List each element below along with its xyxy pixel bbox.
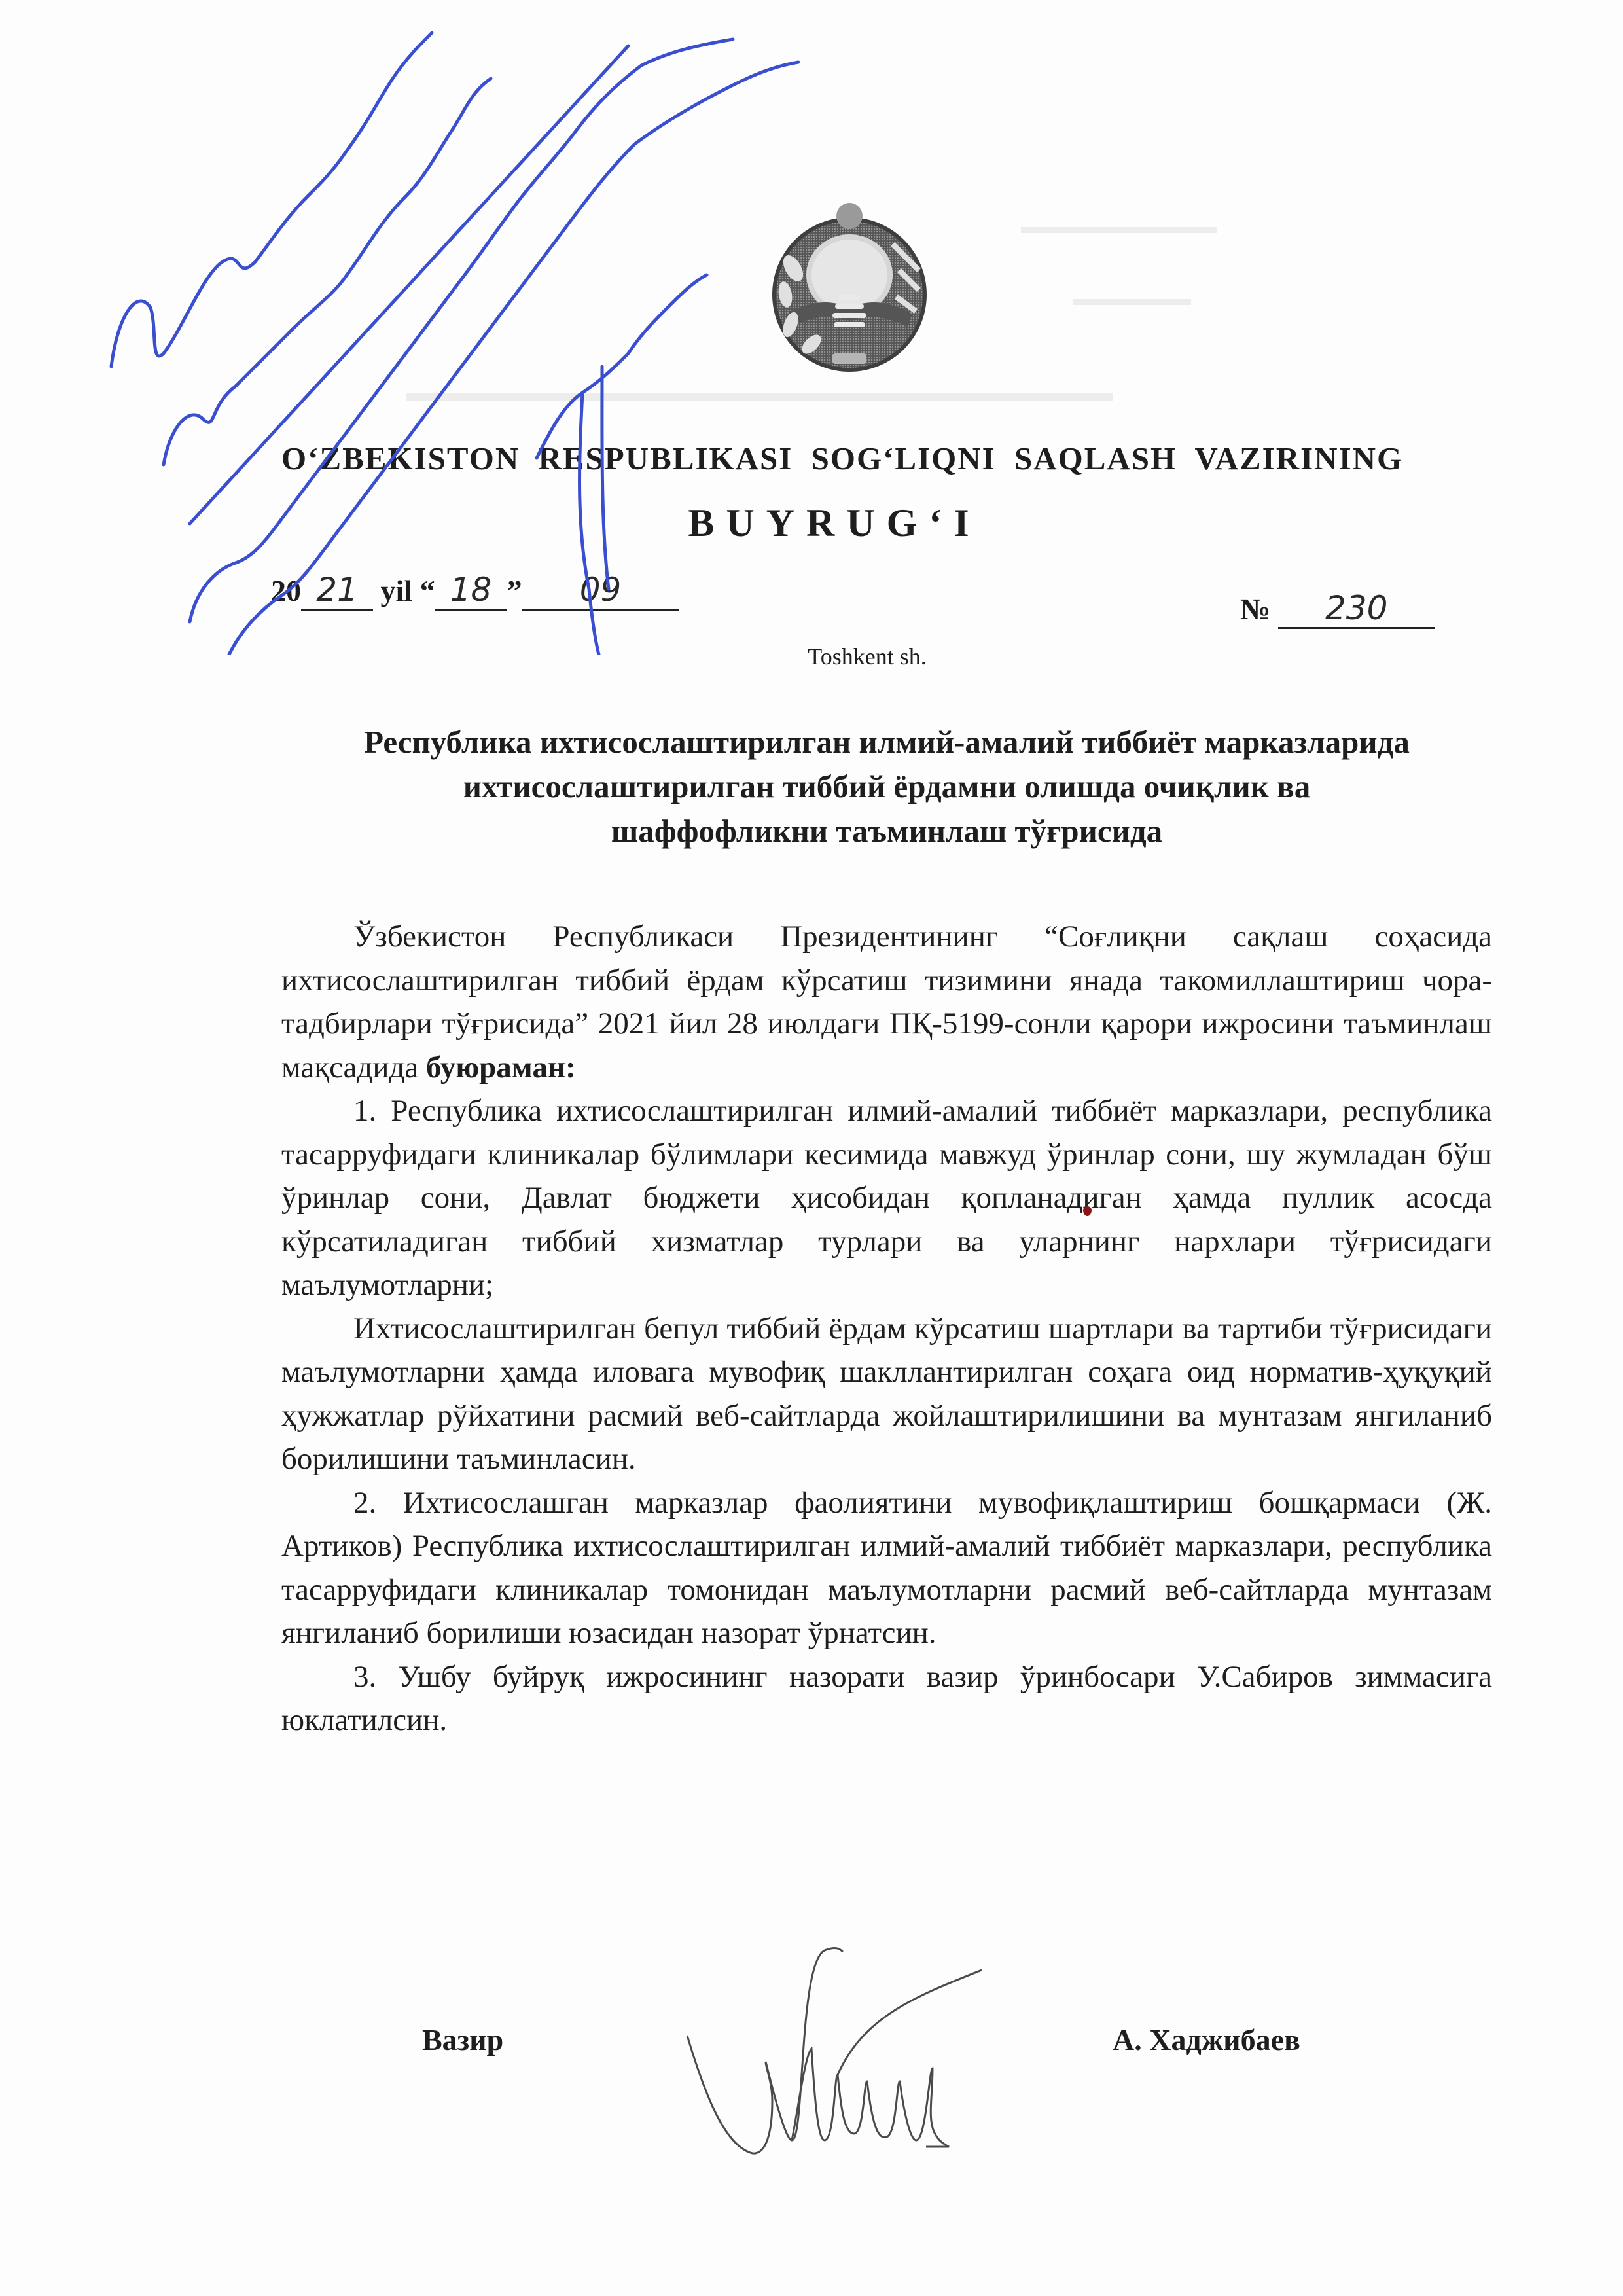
paragraph-1: 1. Республика ихтисослаштирилган илмий-а… [281,1089,1492,1307]
title-line: ихтисослаштирилган тиббий ёрдамни олишда… [281,764,1492,809]
order-date: 2021 yil “18”09 [271,571,679,611]
date-yil-label: yil [381,574,413,607]
date-month-field: 09 [522,571,679,611]
ministry-heading: O‘ZBEKISTON RESPUBLIKASI SOG‘LIQNI SAQLA… [281,440,1459,477]
signatory-position: Вазир [422,2022,503,2057]
handwritten-resolution-icon [39,0,825,655]
title-line: шаффофликни таъминлаш тўғрисида [281,809,1492,853]
bleed-through-text: ▬▬▬▬▬▬▬▬▬▬▬▬▬▬▬▬▬▬▬▬▬▬▬▬▬▬▬ [406,376,1113,407]
state-emblem-icon [760,196,938,374]
date-open-quote: “ [420,574,435,607]
handwritten-signature-icon [668,1937,982,2179]
date-month-handwritten: 09 [580,571,622,609]
city-label: Toshkent sh. [0,643,1623,670]
paragraph-3: 3. Ушбу буйруқ ижросининг назорати вазир… [281,1655,1492,1742]
order-title: BUYRUG‘I [0,501,1623,546]
date-day-field: 18 [435,571,507,611]
paragraph-2: 2. Ихтисослашган марказлар фаолиятини му… [281,1481,1492,1655]
bleed-through-text: ▬▬▬▬▬▬▬▬▬▬ [1021,216,1217,238]
title-line: Республика ихтисослаштирилган илмий-амал… [281,720,1492,764]
number-label: № [1240,592,1270,626]
document-title: Республика ихтисослаштирилган илмий-амал… [281,720,1492,853]
date-year-handwritten: 21 [316,571,358,609]
preamble-bold: буюраман: [426,1050,576,1085]
signatory-name: А. Хаджибаев [1113,2022,1300,2057]
document-body: Ўзбекистон Республикаси Президентининг “… [281,915,1492,1742]
date-close-quote: ” [507,574,522,607]
paragraph-1-continued: Ихтисослаштирилган бепул тиббий ёрдам кў… [281,1307,1492,1481]
date-day-handwritten: 18 [450,571,492,609]
number-handwritten: 230 [1325,589,1387,627]
preamble-paragraph: Ўзбекистон Республикаси Президентининг “… [281,915,1492,1089]
document-page: ▬▬▬▬▬▬▬▬▬▬ ▬▬▬▬▬▬ ▬▬▬▬▬▬▬▬▬▬▬▬▬▬▬▬▬▬▬▬▬▬… [0,0,1623,2296]
order-number: № 230 [1240,589,1435,629]
date-century: 20 [271,574,301,607]
number-field: 230 [1278,589,1435,629]
date-year-field: 21 [301,571,373,611]
bleed-through-text: ▬▬▬▬▬▬ [1073,288,1191,310]
